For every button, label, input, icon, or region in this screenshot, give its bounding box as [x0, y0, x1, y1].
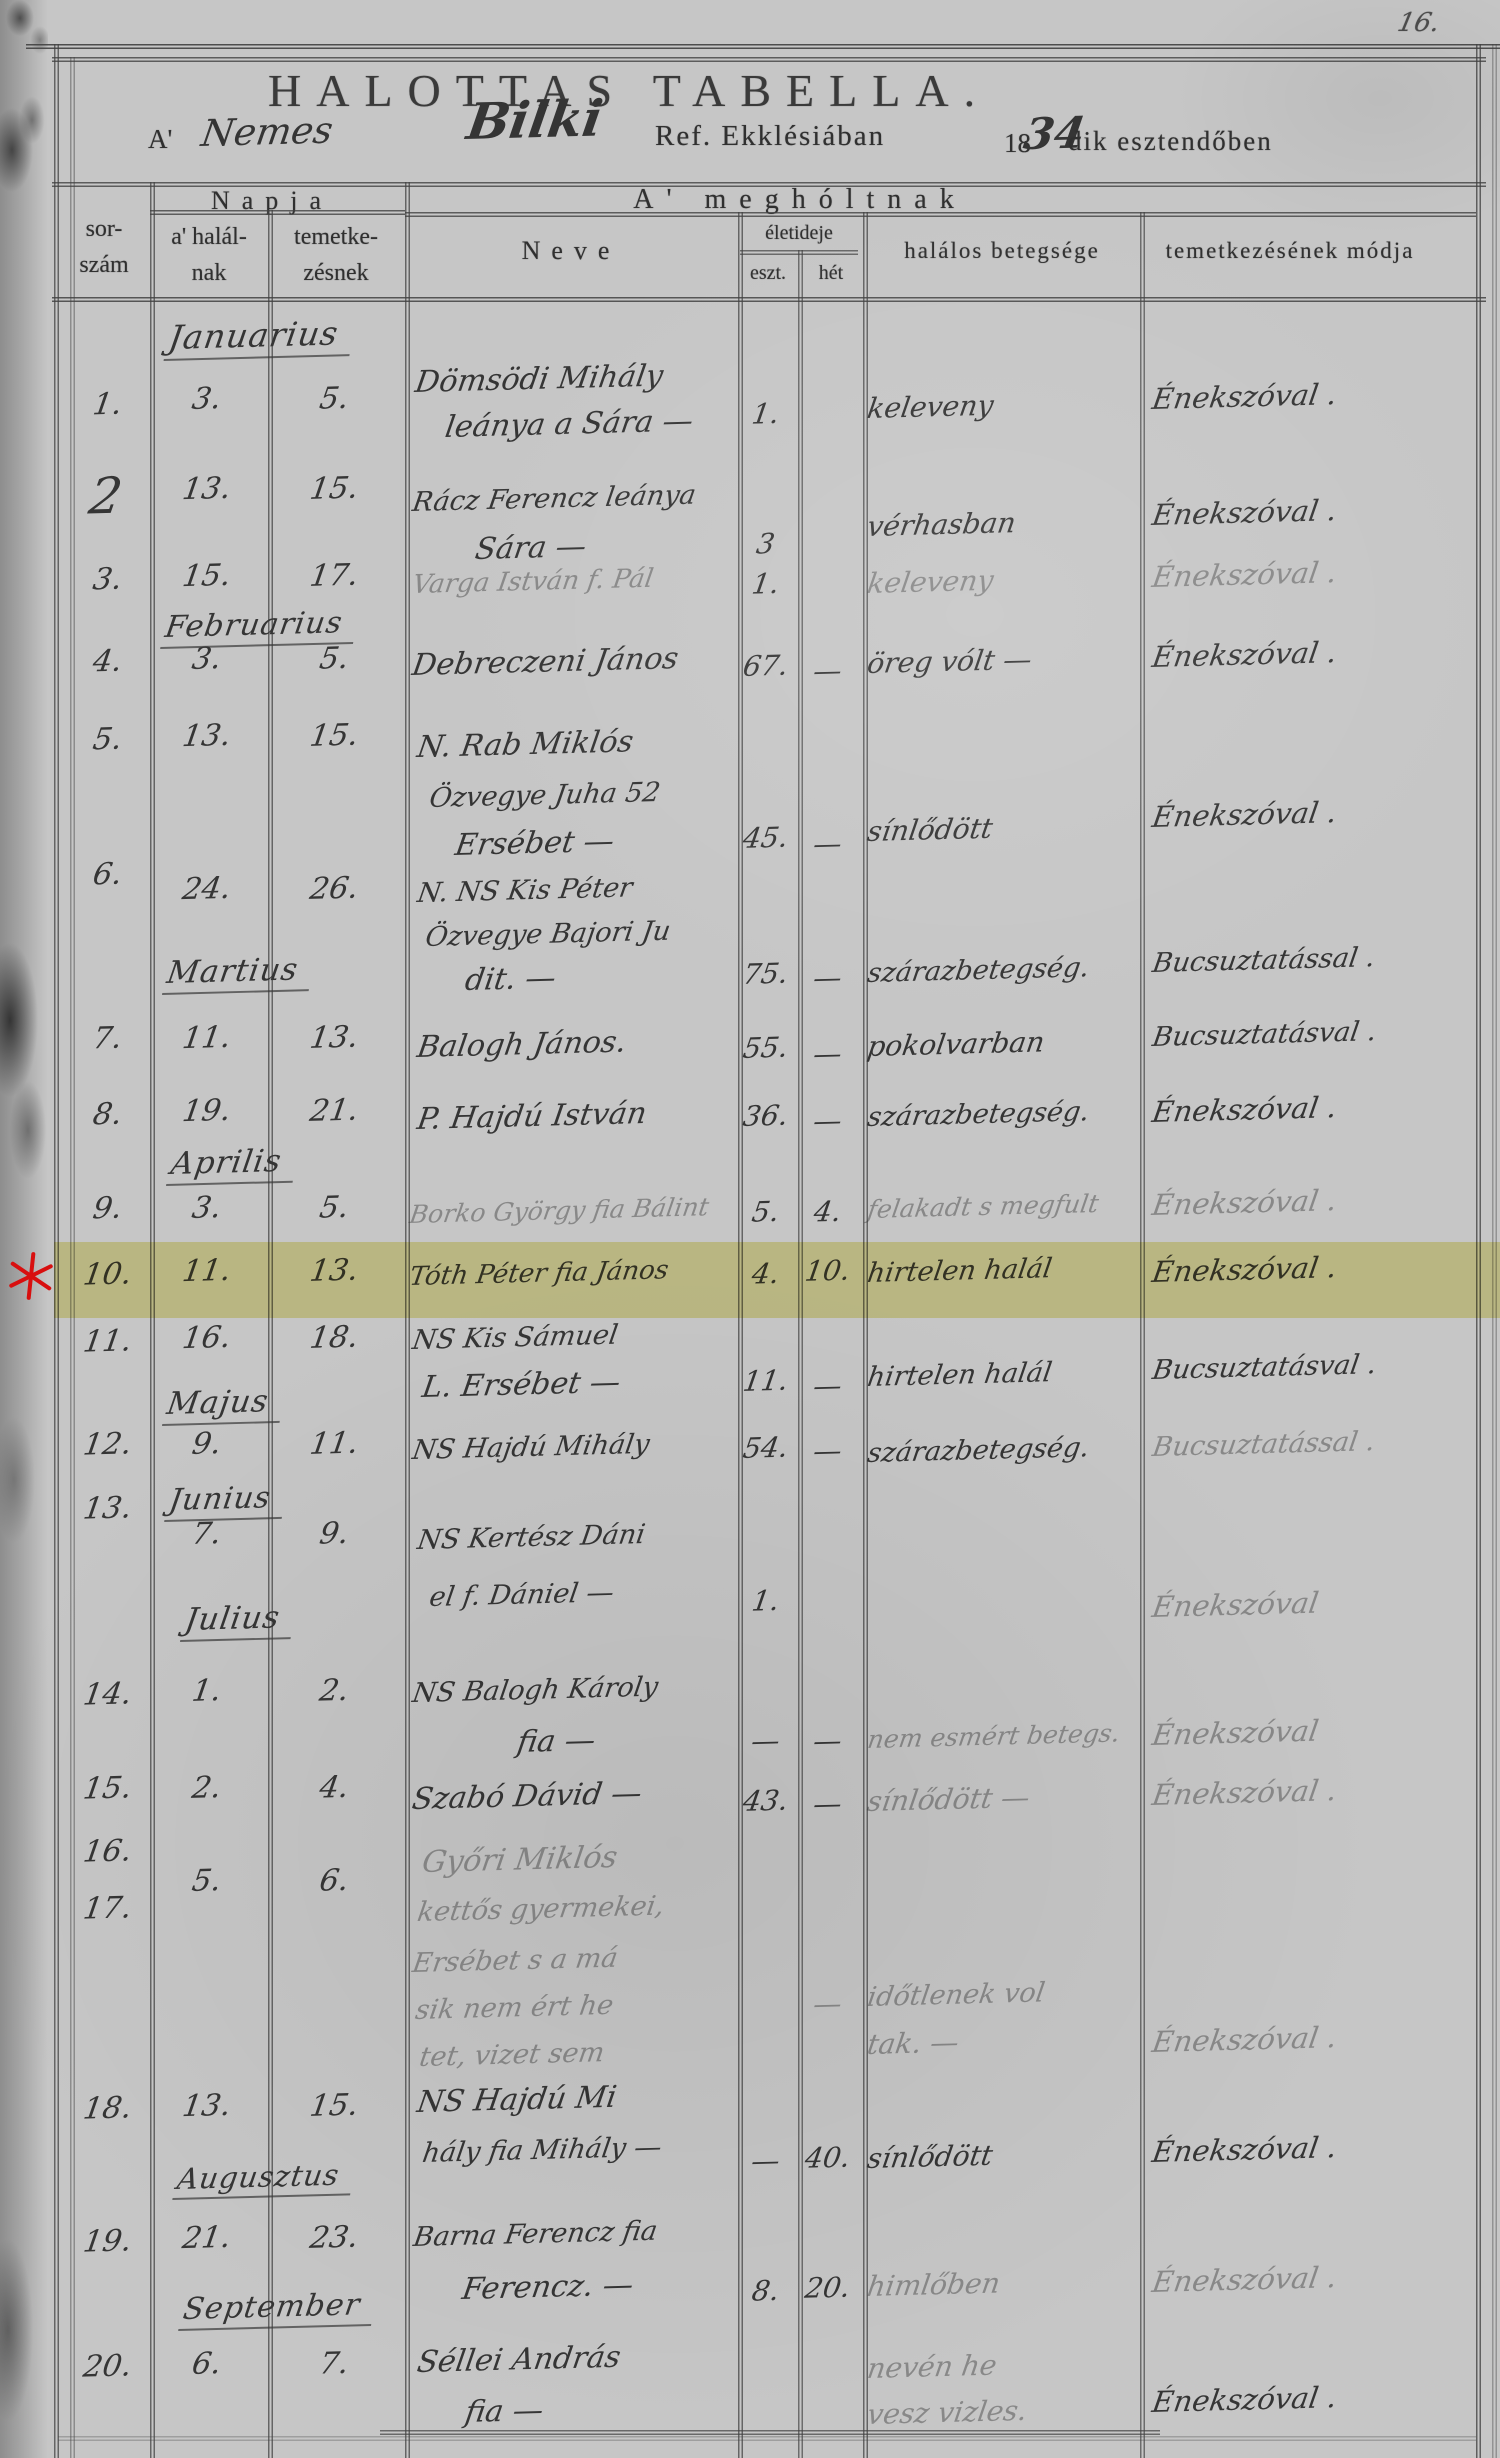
name-line: Debreczeni János — [410, 641, 681, 683]
header-age: életideje — [765, 222, 833, 245]
parish-name-handwritten-2: Bilki — [463, 88, 606, 150]
death-day: 3. — [147, 380, 267, 418]
age-weeks: — — [795, 653, 860, 688]
name-line: NS Balogh Károly — [410, 1672, 660, 1709]
age-years: 1. — [735, 567, 796, 601]
row-number: 4. — [69, 643, 147, 680]
age-weeks: — — [795, 1368, 860, 1403]
name-line: Varga István f. Pál — [410, 564, 655, 600]
burial-day: 15. — [265, 470, 404, 508]
name-line: Szabó Dávid — — [410, 1776, 645, 1817]
burial-mode: Énekszóval — [1150, 1586, 1321, 1624]
month-label: Aprilis — [166, 1143, 298, 1186]
month-label: Januarius — [164, 313, 356, 361]
burial-day: 9. — [265, 1515, 404, 1553]
cause-line: keleveny — [865, 564, 996, 600]
table-grid-line — [52, 182, 1486, 187]
name-line: tet, vizet sem — [417, 2037, 606, 2073]
table-grid-line — [863, 212, 868, 2458]
name-line: kettős gyermekei, — [415, 1891, 666, 1928]
name-line: Ferencz. — — [460, 2268, 636, 2307]
row-number: 17. — [69, 1890, 147, 1927]
burial-day: 17. — [265, 557, 404, 595]
burial-mode: Énekszóval . — [1150, 1773, 1339, 1812]
burial-mode: Énekszóval . — [1150, 1183, 1339, 1222]
burial-mode: Bucsuztatásval . — [1150, 1016, 1378, 1053]
header-disease: halálos betegsége — [904, 238, 1100, 264]
row-number: 13. — [69, 1490, 147, 1527]
row-number: 2 — [65, 466, 146, 526]
name-line: Győri Miklós — [420, 1840, 620, 1880]
burial-day: 7. — [265, 2345, 404, 2383]
cause-line: sínlődött — [865, 2139, 995, 2175]
burial-mode: Énekszóval . — [1150, 795, 1339, 834]
name-line: Barna Ferencz fia — [411, 2216, 659, 2253]
name-line: Séllei András — [415, 2340, 623, 2380]
death-day: 7. — [147, 1515, 267, 1553]
month-label: Augusztus — [172, 2157, 356, 2200]
burial-mode: Énekszóval . — [1150, 1090, 1339, 1129]
name-line: Ersébet s a má — [410, 1943, 619, 1979]
cause-line: öreg vólt — — [865, 643, 1034, 680]
name-line: N. NS Kis Péter — [415, 872, 634, 909]
table-grid-line — [52, 57, 1486, 62]
cause-line: szárazbetegség. — [865, 1432, 1091, 1469]
table-grid-line — [405, 182, 410, 2458]
cause-line: időtlenek vol — [865, 1977, 1046, 2013]
death-day: 6. — [147, 2345, 267, 2383]
burial-day: 5. — [265, 380, 404, 418]
age-years: 75. — [735, 957, 796, 991]
cause-line: pokolvarban — [865, 1025, 1047, 1063]
age-years: 3 — [735, 527, 796, 561]
age-weeks: 4. — [795, 1194, 860, 1229]
burial-day: 5. — [265, 640, 404, 678]
burial-day: 6. — [265, 1862, 404, 1900]
age-weeks: 40. — [795, 2140, 860, 2175]
age-weeks: — — [795, 1103, 860, 1138]
church-label: Ref. Ekklésiában — [655, 120, 885, 153]
death-day: 2. — [147, 1769, 267, 1807]
name-line: sik nem ért he — [413, 1990, 615, 2026]
age-weeks: — — [795, 1433, 860, 1468]
table-grid-line — [798, 250, 803, 2458]
cause-line: hirtelen halál — [865, 1357, 1054, 1393]
row-number: 15. — [69, 1770, 147, 1807]
age-years: 8. — [735, 2274, 796, 2308]
burial-day: 11. — [265, 1425, 404, 1463]
month-label: Majus — [162, 1383, 285, 1426]
burial-mode: Énekszóval — [1150, 1714, 1321, 1752]
cause-line: sínlődött — — [865, 1781, 1032, 1818]
month-label: Martius — [162, 951, 315, 995]
death-day: 15. — [147, 557, 267, 595]
name-line: Sára — — [473, 529, 589, 567]
burial-day: 26. — [265, 870, 404, 908]
burial-day: 13. — [265, 1019, 404, 1057]
name-line: Dömsödi Mihály — [413, 359, 666, 400]
death-day: 3. — [147, 1189, 267, 1227]
table-grid-line — [1140, 212, 1145, 2458]
age-years: — — [735, 2144, 796, 2178]
age-years: 55. — [735, 1031, 796, 1065]
header-burial-mode: temetkezésének módja — [1166, 238, 1415, 264]
cause-line: vesz vizles. — [865, 2394, 1029, 2431]
age-years: 43. — [735, 1784, 796, 1818]
header-rownum-line1: sor- — [86, 216, 123, 243]
death-day: 13. — [147, 717, 267, 755]
title-prefix: A' — [148, 124, 172, 155]
cause-line: keleveny — [865, 389, 996, 425]
document-title: HALOTTAS TABELLA. — [268, 64, 990, 117]
row-highlight — [54, 1242, 1500, 1318]
age-weeks: — — [795, 960, 860, 995]
age-weeks: — — [795, 826, 860, 861]
row-number: 8. — [69, 1096, 147, 1133]
cause-line: szárazbetegség. — [865, 952, 1091, 989]
name-line: dit. — — [463, 961, 559, 998]
name-line: NS Kis Sámuel — [410, 1320, 620, 1356]
table-grid-line — [150, 210, 405, 215]
burial-day: 2. — [265, 1672, 404, 1710]
row-number: 11. — [69, 1323, 147, 1360]
burial-mode: Énekszóval . — [1150, 635, 1339, 674]
name-line: leánya a Sára — — [443, 404, 696, 445]
table-grid-line — [740, 250, 858, 255]
age-weeks: — — [795, 1036, 860, 1071]
name-line: fia — — [463, 2393, 546, 2430]
name-line: Balogh János. — [415, 1025, 629, 1065]
death-day: 19. — [147, 1092, 267, 1130]
row-number: 14. — [69, 1676, 147, 1713]
death-day: 24. — [147, 870, 267, 908]
header-age-years: eszt. — [750, 262, 786, 285]
row-number: 9. — [69, 1190, 147, 1227]
row-number: 19. — [69, 2223, 147, 2260]
row-number: 16. — [69, 1833, 147, 1870]
burial-mode: Énekszóval . — [1150, 2020, 1339, 2059]
header-burial-day-line2: zésnek — [303, 260, 368, 287]
age-years: 54. — [735, 1431, 796, 1465]
death-day: 13. — [147, 470, 267, 508]
death-day: 3. — [147, 640, 267, 678]
cause-line: szárazbetegség. — [865, 1096, 1091, 1133]
highlight-marker-asterisk — [8, 1252, 54, 1300]
name-line: el f. Dániel — — [427, 1577, 616, 1613]
scanned-death-register-page: 16. HALOTTAS TABELLA. A' Nemes Bilki Ref… — [0, 0, 1500, 2458]
name-line: Borko György fia Bálint — [408, 1192, 711, 1229]
age-years: 67. — [735, 649, 796, 683]
year-suffix: dik esztendőben — [1068, 126, 1273, 157]
burial-day: 18. — [265, 1319, 404, 1357]
age-years: 45. — [735, 821, 796, 855]
age-weeks: — — [795, 1986, 860, 2021]
header-name: Neve — [522, 236, 621, 266]
age-years: — — [735, 1724, 796, 1758]
cause-line: nem esmért betegs. — [866, 1718, 1122, 1754]
header-age-weeks: hét — [819, 262, 843, 285]
table-grid-line — [26, 44, 1500, 49]
header-burial-day-line1: temetke- — [294, 224, 378, 251]
name-line: N. Rab Miklós — [415, 724, 636, 765]
month-label: Julius — [180, 1599, 297, 1642]
name-line: L. Ersébet — — [420, 1365, 623, 1405]
row-number: 1. — [69, 386, 147, 423]
age-years: 5. — [735, 1195, 796, 1229]
name-line: Özvegye Bajori Ju — [423, 916, 672, 953]
cause-line: tak. — — [865, 2026, 961, 2061]
row-number: 6. — [69, 856, 147, 893]
header-death-day-line2: nak — [192, 260, 227, 287]
row-number: 18. — [69, 2090, 147, 2127]
burial-mode: Énekszóval . — [1150, 2380, 1339, 2419]
name-line: Özvegye Juha 52 — [427, 777, 662, 814]
burial-mode: Énekszóval . — [1150, 2130, 1339, 2169]
age-years: 1. — [735, 1584, 796, 1618]
table-grid-line — [52, 297, 1486, 302]
cause-line: nevén he — [865, 2349, 999, 2385]
death-day: 5. — [147, 1862, 267, 1900]
burial-day: 23. — [265, 2219, 404, 2257]
age-weeks: 20. — [795, 2270, 860, 2305]
header-rownum-line2: szám — [79, 252, 128, 279]
age-weeks: — — [795, 1786, 860, 1821]
cause-line: himlőben — [865, 2267, 1002, 2303]
name-line: fia — — [515, 1723, 598, 1760]
cause-line: vérhasban — [865, 506, 1018, 543]
name-line: NS Kertész Dáni — [415, 1519, 647, 1556]
burial-day: 21. — [265, 1092, 404, 1130]
row-number: 3. — [69, 561, 147, 598]
burial-day: 15. — [265, 717, 404, 755]
death-day: 11. — [147, 1019, 267, 1057]
row-number: 12. — [69, 1426, 147, 1463]
burial-day: 4. — [265, 1769, 404, 1807]
death-day: 1. — [147, 1672, 267, 1710]
table-grid-line — [405, 212, 1476, 217]
burial-mode: Énekszóval . — [1150, 377, 1339, 416]
burial-mode: Bucsuztatásval . — [1150, 1349, 1378, 1386]
row-number: 7. — [69, 1020, 147, 1057]
cause-line: sínlődött — [865, 812, 995, 848]
death-day: 21. — [147, 2219, 267, 2257]
page-number: 16. — [1395, 8, 1443, 38]
header-death-day-line1: a' halál- — [171, 224, 247, 251]
burial-mode: Énekszóval . — [1150, 493, 1339, 532]
death-day: 16. — [147, 1319, 267, 1357]
burial-day: 15. — [265, 2087, 404, 2125]
table-grid-line — [58, 2436, 1476, 2441]
parish-name-handwritten-1: Nemes — [199, 109, 336, 155]
name-line: hály fia Mihály — — [420, 2132, 664, 2169]
name-line: P. Hajdú István — [415, 1096, 649, 1137]
death-day: 9. — [147, 1425, 267, 1463]
age-years: 11. — [735, 1364, 796, 1398]
burial-day: 5. — [265, 1189, 404, 1227]
burial-mode: Énekszóval . — [1150, 2260, 1339, 2299]
burial-mode: Bucsuztatással . — [1150, 1426, 1377, 1463]
name-line: Rácz Ferencz leánya — [410, 480, 698, 518]
age-years: 36. — [735, 1099, 796, 1133]
name-line: NS Hajdú Mihály — [410, 1429, 651, 1466]
name-line: Ersébet — — [453, 824, 617, 863]
book-binding-edge — [0, 0, 48, 2458]
table-grid-line — [380, 2430, 1160, 2435]
age-weeks: — — [795, 1723, 860, 1758]
row-number: 5. — [69, 721, 147, 758]
burial-mode: Bucsuztatással . — [1150, 942, 1377, 979]
row-number: 20. — [69, 2348, 147, 2385]
name-line: NS Hajdú Mi — [415, 2080, 619, 2120]
death-day: 13. — [147, 2087, 267, 2125]
burial-mode: Énekszóval . — [1150, 555, 1339, 594]
cause-line: felakadt s megfult — [866, 1189, 1101, 1224]
month-label: September — [178, 2287, 377, 2331]
age-years: 1. — [735, 397, 796, 431]
